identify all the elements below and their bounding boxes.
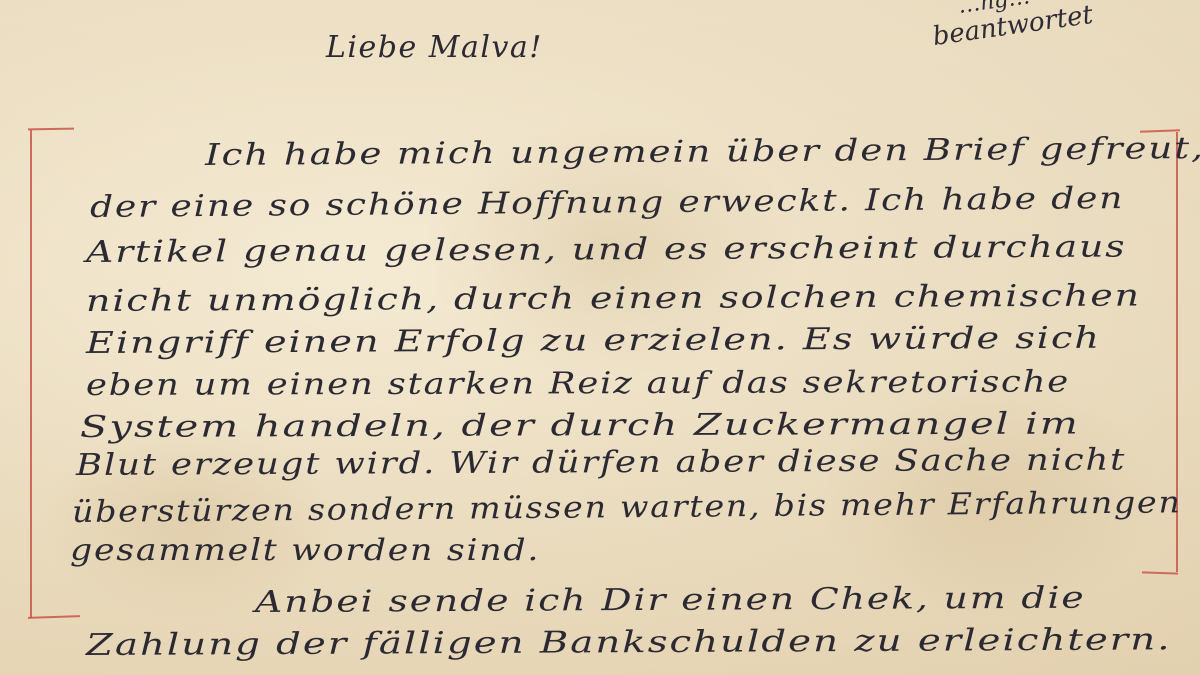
- letter-page: …ng… beantwortet Liebe Malva! Ich habe m…: [0, 0, 1200, 675]
- letter-line: Ich habe mich ungemein über den Brief ge…: [205, 131, 1200, 173]
- letter-line: Eingriff einen Erfolg zu erzielen. Es wü…: [86, 321, 1101, 361]
- margin-bracket-left-bottom: [28, 615, 80, 619]
- letter-line: eben um einen starken Reiz auf das sekre…: [86, 365, 1070, 403]
- letter-line: Zahlung der fälligen Bankschulden zu erl…: [86, 622, 1172, 663]
- salutation: Liebe Malva!: [326, 30, 543, 65]
- letter-line: Blut erzeugt wird. Wir dürfen aber diese…: [76, 443, 1126, 483]
- letter-line: der eine so schöne Hoffnung erweckt. Ich…: [90, 181, 1125, 225]
- letter-line: System handeln, der durch Zuckermangel i…: [80, 407, 1080, 445]
- letter-line: Anbei sende ich Dir einen Chek, um die: [255, 581, 1086, 620]
- letter-line: Artikel genau gelesen, und es erscheint …: [86, 230, 1127, 270]
- letter-line: nicht unmöglich, durch einen solchen che…: [86, 278, 1141, 319]
- margin-bracket-left-top: [28, 128, 74, 131]
- letter-line: gesammelt worden sind.: [70, 533, 540, 568]
- margin-bracket-left: [30, 130, 32, 618]
- margin-bracket-right-bottom: [1142, 571, 1178, 574]
